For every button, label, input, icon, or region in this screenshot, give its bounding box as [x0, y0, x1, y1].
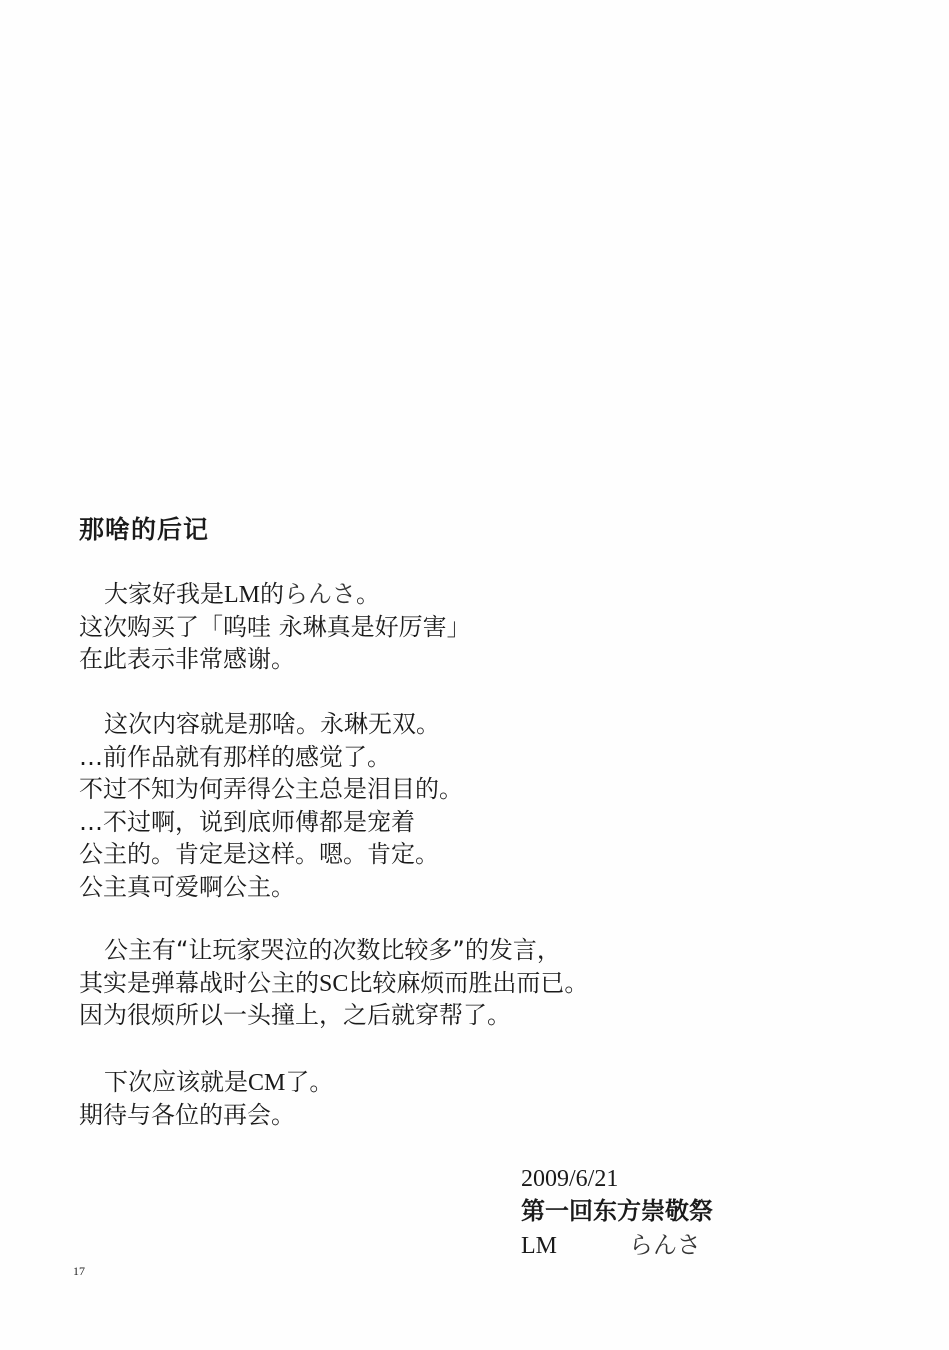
text-segment: 这次内容就是那啥。永琳无双。 [104, 710, 440, 738]
text-line: 这次内容就是那啥。永琳无双。 [79, 708, 463, 741]
signature-date: 2009/6/21 [521, 1163, 713, 1195]
paragraph-content: 这次内容就是那啥。永琳无双。…前作品就有那样的感觉了。不过不知为何弄得公主总是泪… [79, 708, 463, 903]
text-line: 公主真可爱啊公主。 [79, 871, 463, 904]
paragraph-closing: 下次应该就是CM了。期待与各位的再会。 [79, 1066, 333, 1131]
text-segment: 了。 [285, 1068, 333, 1096]
signature-author: LMらんさ [521, 1229, 713, 1261]
signature-event: 第一回东方崇敬祭 [521, 1195, 713, 1229]
text-segment: 比较麻烦而胜出而已。 [348, 969, 588, 997]
text-line: 下次应该就是CM了。 [79, 1066, 333, 1099]
text-segment: 其实是弹幕战时公主的 [79, 969, 319, 997]
text-segment: …前作品就有那样的感觉了。 [79, 743, 391, 771]
text-line: 公主的。肯定是这样。嗯。肯定。 [79, 838, 463, 871]
text-segment: SC [319, 971, 348, 997]
text-line: 不过不知为何弄得公主总是泪目的。 [79, 773, 463, 806]
page-number: 17 [73, 1264, 85, 1279]
text-line: 大家好我是LM的らんさ。 [79, 578, 471, 611]
text-segment: 公主真可爱啊公主。 [79, 873, 295, 901]
text-line: …前作品就有那样的感觉了。 [79, 741, 463, 774]
author-penname: らんさ [629, 1231, 701, 1259]
text-segment: 公主的。肯定是这样。嗯。肯定。 [79, 840, 439, 868]
text-segment: 不过不知为何弄得公主总是泪目的。 [79, 775, 463, 803]
text-segment: 期待与各位的再会。 [79, 1101, 295, 1129]
text-segment: 大家好我是 [104, 580, 224, 608]
text-segment: 在此表示非常感谢。 [79, 645, 295, 673]
text-line: 期待与各位的再会。 [79, 1099, 333, 1132]
signature-block: 2009/6/21 第一回东方崇敬祭 LMらんさ [521, 1163, 713, 1261]
text-segment: 。 [356, 580, 380, 608]
paragraph-princess-remark: 公主有“让玩家哭泣的次数比较多”的发言，其实是弹幕战时公主的SC比较麻烦而胜出而… [79, 934, 588, 1032]
text-line: 其实是弹幕战时公主的SC比较麻烦而胜出而已。 [79, 967, 588, 1000]
text-segment: 这次购买了「呜哇 永琳真是好厉害」 [79, 613, 471, 641]
text-segment: 公主有“让玩家哭泣的次数比较多”的发言， [104, 936, 561, 964]
document-page: 那啥的后记 大家好我是LM的らんさ。这次购买了「呜哇 永琳真是好厉害」在此表示非… [0, 0, 949, 1350]
text-line: 公主有“让玩家哭泣的次数比较多”的发言， [79, 934, 588, 967]
text-segment: 下次应该就是 [104, 1068, 248, 1096]
text-line: 这次购买了「呜哇 永琳真是好厉害」 [79, 611, 471, 644]
text-segment: 因为很烦所以一头撞上，之后就穿帮了。 [79, 1001, 511, 1029]
text-segment: らんさ [284, 580, 356, 608]
circle-name: LM [521, 1230, 629, 1262]
text-line: …不过啊，说到底师傅都是宠着 [79, 806, 463, 839]
text-segment: CM [248, 1070, 285, 1096]
text-line: 因为很烦所以一头撞上，之后就穿帮了。 [79, 999, 588, 1032]
text-segment: 的 [260, 580, 284, 608]
text-line: 在此表示非常感谢。 [79, 643, 471, 676]
text-segment: …不过啊，说到底师傅都是宠着 [79, 808, 415, 836]
paragraph-greeting: 大家好我是LM的らんさ。这次购买了「呜哇 永琳真是好厉害」在此表示非常感谢。 [79, 578, 471, 676]
text-segment: LM [224, 582, 260, 608]
afterword-title: 那啥的后记 [79, 514, 209, 546]
